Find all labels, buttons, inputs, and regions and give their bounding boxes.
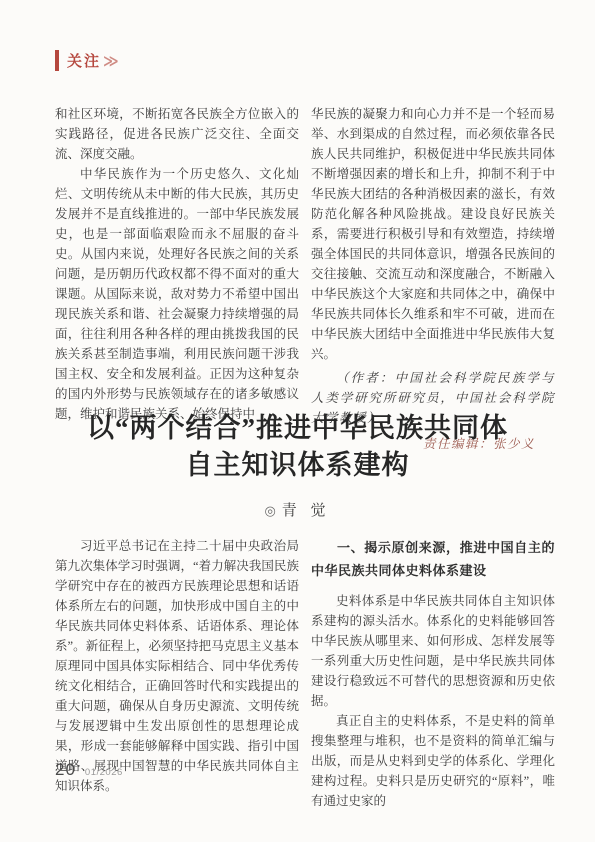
magazine-page: 关注 ≫ 和社区环境，不断拓宽各民族全方位嵌入的实践路径，促进各民族广泛交往、全… — [0, 0, 595, 842]
page-footer: 20 01/2026 — [55, 760, 123, 780]
paragraph: 史料体系是中华民族共同体自主知识体系建构的源头活水。体系化的史料能够回答中华民族… — [311, 591, 555, 711]
article-right-column: 一、揭示原创来源，推进中国自主的中华民族共同体史料体系建设 史料体系是中华民族共… — [311, 536, 555, 811]
chevron-right-icon: ≫ — [103, 52, 119, 70]
paragraph: 习近平总书记在主持二十届中央政治局第九次集体学习时强调，“着力解决我国民族学研究… — [55, 536, 299, 796]
byline-circle-icon: ◎ — [264, 503, 275, 518]
article-body: 习近平总书记在主持二十届中央政治局第九次集体学习时强调，“着力解决我国民族学研究… — [55, 536, 555, 811]
paragraph: 中华民族作为一个历史悠久、文化灿烂、文明传统从未中断的伟大民族，其历史发展并不是… — [55, 164, 299, 424]
article-author: 青 觉 — [282, 503, 331, 519]
article-title: 以“两个结合”推进中华民族共同体 自主知识体系建构 — [0, 410, 595, 484]
section-1-heading: 一、揭示原创来源，推进中国自主的中华民族共同体史料体系建设 — [311, 536, 555, 582]
article-byline: ◎青 觉 — [0, 499, 595, 520]
previous-article-continuation: 和社区环境，不断拓宽各民族全方位嵌入的实践路径，促进各民族广泛交往、全面交流、深… — [55, 104, 555, 454]
article-title-block: 以“两个结合”推进中华民族共同体 自主知识体系建构 ◎青 觉 — [0, 410, 595, 520]
page-number: 20 — [55, 760, 76, 780]
section-badge-label: 关注 — [55, 50, 101, 71]
article-title-line2: 自主知识体系建构 — [186, 450, 410, 480]
issue-number: 01/2026 — [85, 767, 123, 778]
section-badge: 关注 ≫ — [55, 50, 119, 71]
paragraph: 华民族的凝聚力和向心力并不是一个轻而易举、水到渠成的自然过程，而必须依靠各民族人… — [311, 104, 555, 364]
prev-article-right-column: 华民族的凝聚力和向心力并不是一个轻而易举、水到渠成的自然过程，而必须依靠各民族人… — [311, 104, 555, 454]
paragraph: 和社区环境，不断拓宽各民族全方位嵌入的实践路径，促进各民族广泛交往、全面交流、深… — [55, 104, 299, 164]
paragraph: 真正自主的史料体系，不是史料的简单搜集整理与堆积，也不是资料的简单汇编与出版，而… — [311, 711, 555, 811]
article-title-line1: 以“两个结合”推进中华民族共同体 — [87, 413, 508, 443]
prev-article-left-column: 和社区环境，不断拓宽各民族全方位嵌入的实践路径，促进各民族广泛交往、全面交流、深… — [55, 104, 299, 454]
